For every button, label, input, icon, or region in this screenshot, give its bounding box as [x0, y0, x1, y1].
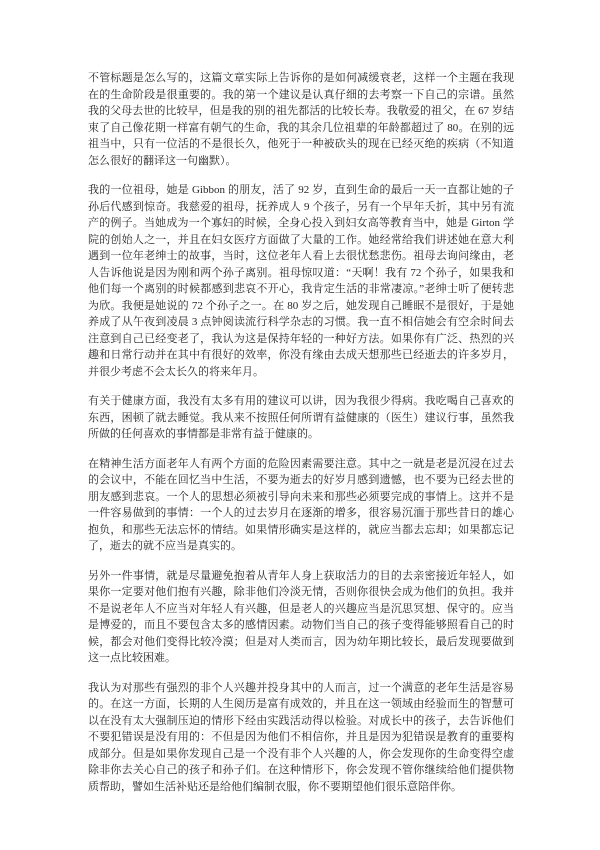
- paragraph-health: 有关于健康方面，我没有太多有用的建议可以讲，因为我很少得病。我吃喝自己喜欢的东西…: [88, 393, 514, 443]
- paragraph-impersonal-interests: 我认为对那些有强烈的非个人兴趣并投身其中的人而言，过一个满意的老年生活是容易的。…: [88, 680, 514, 796]
- paragraph-young-people: 另外一件事情，就是尽量避免抱着从青年人身上获取活力的目的去亲密接近年轻人，如果你…: [88, 568, 514, 667]
- paragraph-grandmother: 我的一位祖母，她是 Gibbon 的朋友，活了 92 岁，直到生命的最后一天一直…: [88, 182, 514, 380]
- document-page: 不管标题是怎么写的，这篇文章实际上告诉你的是如何减缓衰老，这样一个主题在我现在的…: [88, 70, 514, 795]
- paragraph-mental-dangers: 在精神生活方面老年人有两个方面的危险因素需要注意。其中之一就是老是沉浸在过去的会…: [88, 456, 514, 555]
- document-background: { "document": { "language": "zh", "parag…: [0, 0, 600, 850]
- paragraph-genealogy: 不管标题是怎么写的，这篇文章实际上告诉你的是如何减缓衰老，这样一个主题在我现在的…: [88, 70, 514, 169]
